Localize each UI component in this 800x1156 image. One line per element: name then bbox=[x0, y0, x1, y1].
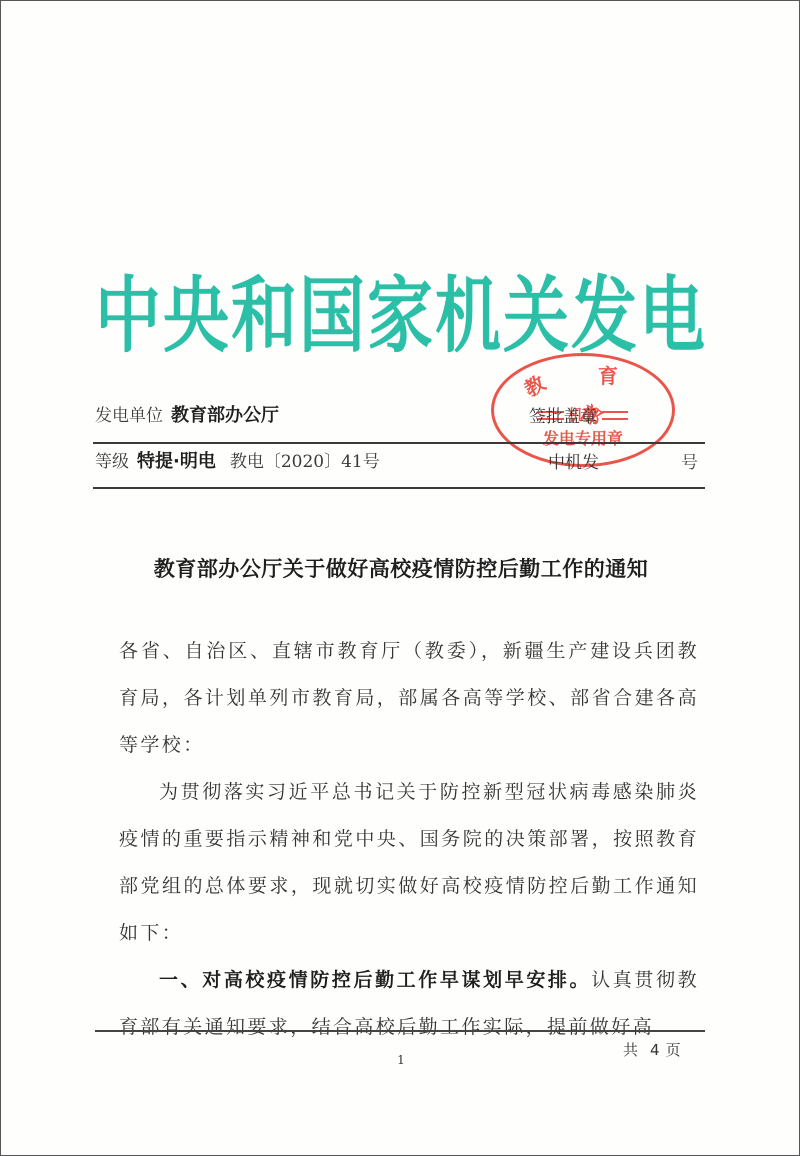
intro-paragraph: 为贯彻落实习近平总书记关于防控新型冠状病毒感染肺炎疫情的重要指示精神和党中央、国… bbox=[119, 769, 699, 957]
sender-label: 发电单位 bbox=[95, 406, 163, 426]
header-divider bbox=[93, 487, 705, 489]
level-row: 等级特提·明电教电〔2020〕41号 bbox=[95, 447, 705, 477]
seal-char: 育 bbox=[598, 360, 618, 389]
telegram-header-title: 中央和国家机关发电 bbox=[1, 249, 800, 368]
doc-number: 教电〔2020〕41号 bbox=[230, 452, 380, 472]
section-1-heading: 一、对高校疫情防控后勤工作早谋划早安排。 bbox=[159, 969, 591, 991]
header-divider bbox=[93, 442, 705, 444]
seal-char: 教 bbox=[518, 367, 550, 402]
page-number: 1 bbox=[1, 1053, 800, 1067]
approval-label: 签批盖章 bbox=[529, 402, 597, 432]
dispatch-label: 中机发 bbox=[548, 448, 599, 478]
level-value: 特提·明电 bbox=[137, 451, 216, 472]
sender-row: 发电单位教育部办公厅 bbox=[95, 401, 705, 431]
addressees-paragraph: 各省、自治区、直辖市教育厅（教委），新疆生产建设兵团教育局，各计划单列市教育局，… bbox=[119, 628, 699, 769]
level-label: 等级 bbox=[95, 452, 129, 472]
footer-divider bbox=[95, 1030, 705, 1032]
section-1-paragraph: 一、对高校疫情防控后勤工作早谋划早安排。认真贯彻教育部有关通知要求，结合高校后勤… bbox=[119, 957, 699, 1051]
sender-value: 教育部办公厅 bbox=[171, 405, 279, 426]
document-page: 中央和国家机关发电 教育部 机要 发电专用章 发电单位教育部办公厅 签批盖章 等… bbox=[0, 0, 800, 1156]
dispatch-suffix: 号 bbox=[681, 448, 698, 478]
document-body: 各省、自治区、直辖市教育厅（教委），新疆生产建设兵团教育局，各计划单列市教育局，… bbox=[119, 628, 699, 1051]
document-title: 教育部办公厅关于做好高校疫情防控后勤工作的通知 bbox=[1, 553, 800, 583]
